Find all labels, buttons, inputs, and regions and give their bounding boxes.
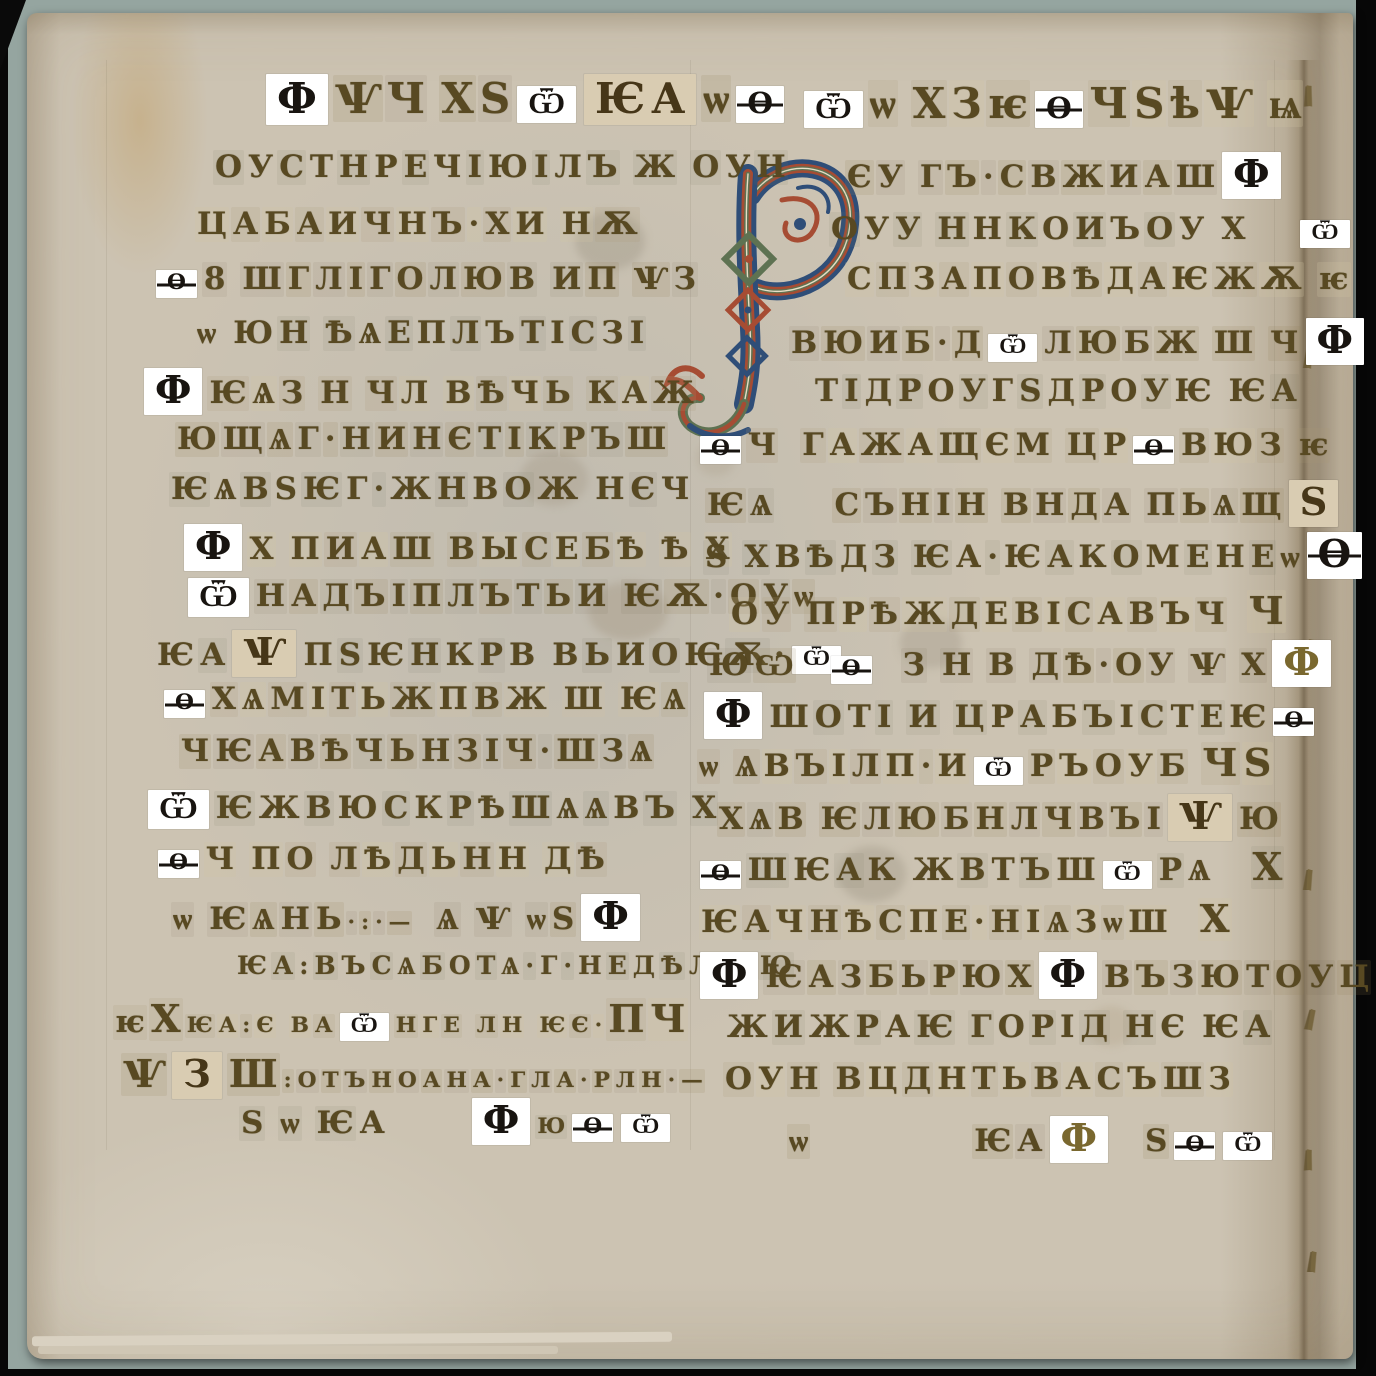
letter-patch: ѤА [584, 74, 696, 125]
text-segment: ѤА [154, 638, 228, 673]
letter-patch: Ѳ [700, 436, 741, 464]
letter-patch: Ѿ [1223, 1132, 1272, 1160]
letter-patch: Ф [1050, 1116, 1108, 1163]
text-line: ЦАБАИЧНЪ·ХИНѪ [194, 207, 641, 242]
text-segment: ШОТІИЦРАБЪІСТЕѤ [766, 700, 1269, 735]
text-segment: ѤѦВSѤГ·ЖНВОЖНЄЧ [168, 472, 692, 507]
letter-patch: Ѳ [1273, 708, 1314, 736]
text-line: ЮѠѲЗНВДѢ·ОУѰХФ [706, 640, 1335, 687]
text-segment: ХS [438, 75, 513, 122]
text-segment: ѦѰѡS [433, 902, 577, 937]
letter-patch: Ѳ [164, 690, 205, 718]
text-line: SѡѤАФЮѲѾ [238, 1098, 674, 1145]
text-line: ФѤАЗБЬРЮХФВЪЗЮТОУЦ [696, 952, 1372, 999]
text-segment: СПЗАПОВѢДАѤЖѪѥ [844, 262, 1352, 297]
leaf-edge [38, 1346, 558, 1354]
stitch-mark [1282, 870, 1338, 890]
text-segment: ·:·— [345, 911, 414, 935]
text-segment: Ч [1246, 590, 1287, 633]
text-segment: ѤАЗБЬРЮХ [762, 960, 1034, 995]
letter-patch: З [172, 1052, 222, 1099]
text-segment: РЪОУБ [1027, 749, 1200, 784]
text-segment: ЮЩѦГ·НИНЄТІКРЪШ [174, 422, 669, 457]
text-segment: ѤѦ [704, 488, 775, 523]
text-segment: ЧSѣѰѩ [1087, 80, 1305, 127]
letter-patch: Ѿ [340, 1013, 389, 1041]
letter-patch: Ѿ [988, 334, 1037, 362]
text-line: ФХПИАШВЫСЕБѢѢХ [180, 524, 733, 571]
text-segment: ЖИЖРАѤГОРІДНЄѤА [724, 1010, 1273, 1045]
text-line: ВЮИБ·ДѾЛЮБЖШЧФ [788, 318, 1368, 365]
letter-patch: Ф [184, 524, 242, 571]
letter-patch: Ѳ [1035, 91, 1083, 128]
text-gap [1214, 879, 1250, 880]
text-gap [1171, 931, 1197, 932]
text-gap [876, 674, 900, 675]
text-segment: ЧS [1200, 742, 1275, 785]
text-line: ѲШѤАКЖВТЪШѾРѦХ [696, 846, 1285, 889]
text-line: ОУУННКОИЪОУХѾ [828, 212, 1354, 248]
text-line: ѲХѦМІТЬЖПВЖШѤѦ [160, 682, 689, 718]
text-segment: ѤѦЗНЧЛВѢЧЬКАЖ [206, 376, 696, 411]
text-line: ѡЮНѢѦЕПЛЪТІСЗІ [194, 316, 647, 351]
text-segment: :ОТЪНОАНА·ГЛА·РЛН·— [281, 1069, 706, 1093]
text-segment: Х [148, 998, 184, 1041]
letter-patch: Ф [266, 74, 328, 125]
ruling-line [106, 60, 107, 1150]
text-segment: ЗНВДѢ·ОУѰХ [900, 648, 1269, 683]
text-line: СПЗАПОВѢДАѤЖѪѥ [844, 262, 1352, 297]
text-gap [775, 514, 831, 515]
letter-patch: Ф [144, 368, 202, 415]
text-line: ѾѡХЗѥѲЧSѣѰѩ [800, 80, 1304, 128]
text-segment: SѡѤА [238, 1106, 388, 1141]
letter-patch: Ѱ [1168, 794, 1232, 841]
text-segment: ВЮЗѥ [1178, 428, 1331, 463]
text-segment: Ч [745, 428, 779, 463]
letter-patch: Ѿ [148, 790, 209, 829]
text-segment: ЧѤАВѢЧЬНЗІЧ·ШЗѦ [178, 734, 655, 769]
stitch-mark [1286, 1252, 1342, 1272]
text-line: ѡѤѦНЬ·:·—ѦѰѡSФ [170, 894, 644, 941]
text-segment: 8ШГЛІГОЛЮВИПѰЗ [201, 262, 699, 297]
text-line: ФѤѦЗНЧЛВѢЧЬКАЖ [140, 368, 697, 415]
letter-patch: Ѳ [700, 861, 741, 889]
text-segment: Ѱ [120, 1053, 168, 1096]
letter-patch: Ф [1272, 640, 1330, 687]
letter-patch: Ф [581, 894, 639, 941]
text-gap [811, 1150, 971, 1151]
text-segment: S [1142, 1124, 1170, 1159]
letter-patch: Ѳ [1174, 1132, 1215, 1160]
text-line: ѥХѤА:ЄВАѾНГЕЛНѤЄ·ПЧ [112, 998, 689, 1041]
letter-patch: Ѿ [804, 91, 863, 128]
text-segment: ШѤАКЖВТЪШ [745, 853, 1099, 888]
text-line: ѤѦСЪНІНВНДАПЬѦЩS [704, 480, 1342, 527]
text-segment: ОУСТНРЕЧІЮІЛЪЖОУН [212, 150, 789, 185]
letter-patch: S [1289, 480, 1339, 527]
letter-patch: Ф [472, 1098, 530, 1145]
text-segment: ѤА [971, 1124, 1045, 1159]
text-line: ѤАЧНѢСПЕ·НІѦЗѡШХ [698, 898, 1233, 941]
text-line: ХѦВѤЛЮБНЛЧВЪІѰЮ [716, 794, 1282, 841]
text-segment: ВЮИБ·Д [788, 326, 984, 361]
letter-patch: Ф [704, 692, 762, 739]
text-segment: ѥ [112, 1005, 148, 1040]
stitch-mark [1281, 1148, 1339, 1173]
letter-patch: Ѿ [517, 86, 576, 123]
text-segment: РѦ [1156, 853, 1214, 888]
text-segment: ѡѤѦНЬ [170, 902, 345, 937]
letter-patch: Ѿ [974, 757, 1023, 785]
text-line: ѲЧГАЖАЩЄМЦРѲВЮЗѥ [696, 428, 1331, 464]
text-segment: Ю [534, 1115, 568, 1139]
text-segment: Х [1197, 898, 1233, 941]
text-gap [1112, 1150, 1142, 1151]
text-segment: ѤАЧНѢСПЕ·НІѦЗѡШ [698, 905, 1171, 940]
text-segment: ХѦМІТЬЖПВЖШѤѦ [209, 682, 689, 717]
letter-patch: Ф [700, 952, 758, 999]
text-gap [388, 1132, 468, 1133]
text-segment: Ю [1236, 802, 1282, 837]
text-gap [1228, 623, 1246, 624]
text-segment: ОУУННКОИЪОУХ [828, 212, 1248, 247]
text-segment: ЛЮБЖШЧ [1041, 326, 1301, 361]
letter-patch: Ѱ [232, 630, 296, 677]
letter-patch: Ѳ [736, 86, 784, 123]
letter-patch: Ѳ [831, 656, 872, 684]
text-segment: ЧПОЛѢДЬННДѢ [203, 842, 608, 877]
letter-patch: Ѳ [156, 270, 197, 298]
letter-patch: Ѿ [1300, 220, 1349, 248]
text-line: ЧѤАВѢЧЬНЗІЧ·ШЗѦ [178, 734, 655, 769]
text-segment: SХВѢДЗѤА·ѤАКОМЕНЕѡ [702, 540, 1303, 575]
letter-patch: Ф [1039, 952, 1097, 999]
letter-patch: Ѳ [572, 1114, 613, 1142]
text-line: ѾѤЖВЮСКРѢШѦѦВЪХ [144, 790, 719, 829]
letter-patch: Ѿ [1103, 861, 1152, 889]
text-line: ТІДРОУГSДРОУѤѤА [812, 374, 1300, 409]
text-line: ѲЧПОЛѢДЬННДѢ [154, 842, 608, 878]
text-line: ѡѤАФSѲѾ [786, 1116, 1276, 1163]
text-line: ФШОТІИЦРАБЪІСТЕѤѲ [700, 692, 1318, 739]
text-segment: ѤЖВЮСКРѢШѦѦВЪХ [213, 791, 719, 826]
text-segment: Ш [226, 1053, 281, 1096]
text-gap [1248, 238, 1296, 239]
text-line: SХВѢДЗѤА·ѤАКОМЕНЕѡѲ [702, 532, 1366, 579]
letter-patch: Ѳ [1133, 436, 1174, 464]
text-gap [797, 674, 827, 675]
text-segment: ПЧ [605, 998, 688, 1041]
text-segment: НГЕЛНѤЄ· [393, 1014, 605, 1038]
text-line: Ѳ8ШГЛІГОЛЮВИПѰЗ [152, 262, 699, 298]
text-segment: СЪНІНВНДАПЬѦЩ [831, 488, 1284, 523]
text-segment: ХѦВѤЛЮБНЛЧВЪІ [716, 802, 1164, 837]
text-gap [428, 112, 438, 113]
text-segment: ѡѦВЪІЛП·И [696, 749, 970, 784]
manuscript-photo: ФѰЧХSѾѤАѡѲОУСТНРЕЧІЮІЛЪЖОУНЦАБАИЧНЪ·ХИНѪ… [0, 0, 1376, 1376]
text-line: ФѰЧХSѾѤАѡѲ [262, 74, 788, 125]
text-segment: ѤА:ЄВА [184, 1014, 336, 1038]
text-segment: ГАЖАЩЄМЦР [799, 428, 1129, 463]
text-gap [779, 454, 799, 455]
text-line: ЖИЖРАѤГОРІДНЄѤА [724, 1010, 1273, 1045]
text-segment: ЮѠ [706, 648, 797, 683]
text-segment: ОУНВЦДНТЬВАСЪШЗ [722, 1062, 1234, 1097]
text-line: ОУНВЦДНТЬВАСЪШЗ [722, 1062, 1234, 1097]
text-segment: ѡЮНѢѦЕПЛЪТІСЗІ [194, 316, 647, 351]
text-segment: ВЪЗЮТОУЦ [1101, 960, 1372, 995]
text-line: ОУПРѢЖДЕВІСАВЪЧЧ [728, 590, 1287, 633]
text-segment: ХПИАШВЫСЕБѢѢХ [246, 532, 732, 567]
text-segment: ѡ [700, 75, 732, 122]
text-line: ѤѦВSѤГ·ЖНВОЖНЄЧ [168, 472, 692, 507]
text-line: ЮЩѦГ·НИНЄТІКРЪШ [174, 422, 669, 457]
text-gap [413, 928, 433, 929]
text-segment: ЄУГЪ·СВЖИАШ [844, 160, 1218, 195]
text-segment: ЦАБАИЧНЪ·ХИНѪ [194, 207, 641, 242]
text-line: ѰЗШ:ОТЪНОАНА·ГЛА·РЛН·— [120, 1052, 706, 1099]
text-segment: ѰЧ [332, 75, 428, 122]
letter-patch: Ѳ [1307, 532, 1362, 579]
text-segment: ѡХЗѥ [867, 80, 1031, 127]
letter-patch: Ѳ [158, 850, 199, 878]
text-line: ѡѦВЪІЛП·ИѾРЪОУБЧS [696, 742, 1274, 785]
text-segment: ТІДРОУГSДРОУѤѤА [812, 374, 1300, 409]
text-segment: ОУПРѢЖДЕВІСАВЪЧ [728, 597, 1228, 632]
text-line: ЄУГЪ·СВЖИАШФ [844, 152, 1285, 199]
letter-patch: Ф [1306, 318, 1364, 365]
letter-patch: Ѿ [621, 1114, 670, 1142]
text-segment: Х [1250, 846, 1286, 889]
text-line: ѾНАДЪІПЛЪТЬИѤѪ·ОУѡ [184, 578, 816, 617]
letter-patch: Ф [1222, 152, 1280, 199]
letter-patch: Ѿ [188, 578, 249, 617]
text-line: ОУСТНРЕЧІЮІЛЪЖОУН [212, 150, 789, 185]
text-segment: ѡ [786, 1124, 811, 1159]
